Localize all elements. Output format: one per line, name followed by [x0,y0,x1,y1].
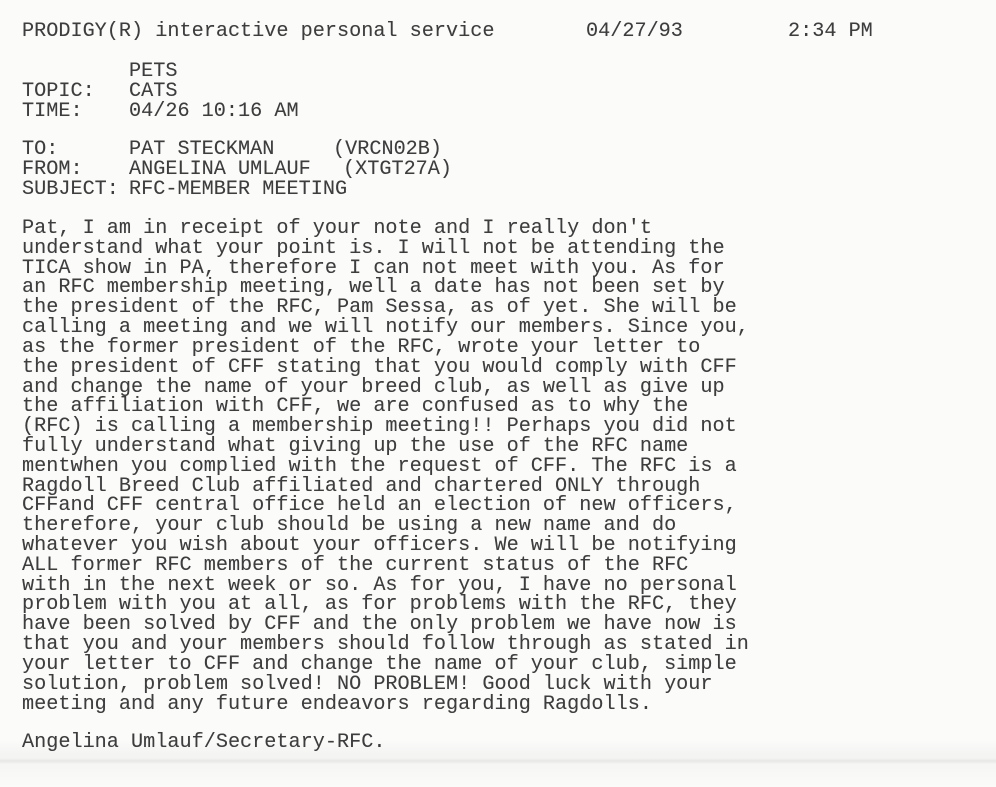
subject-value: RFC-MEMBER MEETING [129,180,347,200]
time-label: TIME: [22,102,83,122]
body-line: ALL former RFC members of the current st… [22,556,749,576]
body-line: whatever you wish about your officers. W… [22,536,749,556]
printed-page: PRODIGY(R) interactive personal service … [0,0,996,787]
to-id: (VRCN02B) [333,140,442,160]
from-label: FROM: [22,160,83,180]
paper-crease [0,758,996,764]
body-line: meeting and any future endeavors regardi… [22,695,749,715]
from-id: (XTGT27A) [343,160,452,180]
signature: Angelina Umlauf/Secretary-RFC. [22,733,385,753]
body-line: fully understand what giving up the use … [22,437,749,457]
body-line: (RFC) is calling a membership meeting!! … [22,417,749,437]
body-line: the president of CFF stating that you wo… [22,358,749,378]
topic-label: TOPIC: [22,82,95,102]
body-line: calling a meeting and we will notify our… [22,318,749,338]
to-name: PAT STECKMAN [129,140,274,160]
board-name: PETS [129,62,177,82]
body-line: that you and your members should follow … [22,635,749,655]
to-label: TO: [22,140,58,160]
time-value: 04/26 10:16 AM [129,102,299,122]
body-line: solution, problem solved! NO PROBLEM! Go… [22,675,749,695]
body-line: Pat, I am in receipt of your note and I … [22,219,749,239]
print-date: 04/27/93 [586,22,683,42]
print-time: 2:34 PM [788,22,873,42]
subject-label: SUBJECT: [22,180,119,200]
body-line: your letter to CFF and change the name o… [22,655,749,675]
service-title: PRODIGY(R) interactive personal service [22,22,494,42]
from-name: ANGELINA UMLAUF [129,160,311,180]
topic-value: CATS [129,82,177,102]
message-body: Pat, I am in receipt of your note and I … [22,219,749,714]
body-line: mentwhen you complied with the request o… [22,457,749,477]
body-line: understand what your point is. I will no… [22,239,749,259]
body-line: as the former president of the RFC, wrot… [22,338,749,358]
